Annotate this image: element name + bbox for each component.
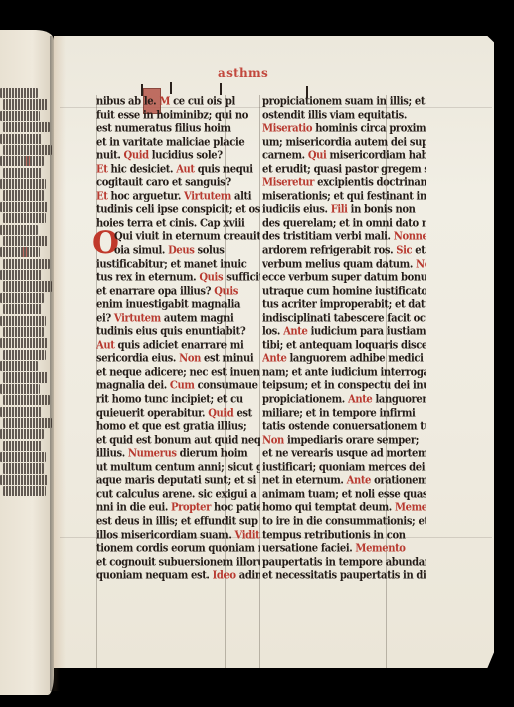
facing-page-line [0,111,40,121]
ascender-stroke [170,82,172,94]
facing-page-line [3,213,46,223]
facing-page-line [3,463,44,473]
facing-page-line [0,429,44,439]
facing-page-line [0,179,46,189]
facing-page-line [3,304,42,314]
text-line: quoniam nequam est. Ideo adimpleuit [96,568,260,584]
text-column-left: nibus ab le. M ce cui ois plfuit esse in… [96,95,260,583]
facing-page-line [0,407,42,417]
facing-page-line [0,475,48,485]
facing-page-line [3,327,44,337]
running-head: asthms [218,66,268,80]
facing-page-line [0,361,38,371]
facing-page-line [3,190,44,200]
facing-page-line [3,350,46,360]
facing-page-line [3,99,48,109]
facing-page-line [3,236,48,246]
facing-page-line [3,145,52,155]
facing-page-text [0,88,50,498]
facing-page [0,30,54,695]
text-column-right: propiciationem suam in illis; etostendit… [262,95,426,583]
facing-page-line [0,247,40,257]
facing-page-line [0,338,48,348]
facing-page-line [0,134,42,144]
facing-page-line [0,452,46,462]
facing-page-line [0,225,38,235]
facing-page-line [0,88,38,98]
facing-page-line [3,168,42,178]
facing-page-line [0,202,48,212]
facing-page-line [3,259,50,269]
facing-page-line [0,270,42,280]
facing-page-line [0,293,44,303]
text-line: et necessitatis paupertatis in die [262,568,426,584]
facing-page-line [3,395,50,405]
facing-page-line [3,418,52,428]
facing-page-line [0,316,46,326]
facing-page-line [0,156,44,166]
facing-page-line [3,486,46,496]
facing-page-line [3,441,42,451]
facing-page-line [3,122,50,132]
facing-page-line [3,372,48,382]
facing-page-line [3,281,52,291]
facing-page-line [0,384,40,394]
